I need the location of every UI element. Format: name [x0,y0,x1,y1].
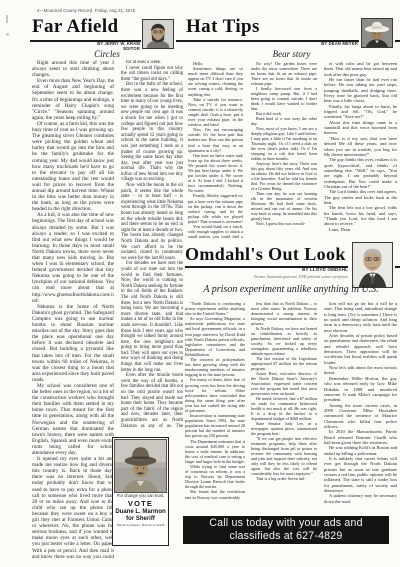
omdahl-mugshot-photo [352,242,393,288]
hat-tips-column-3: er with cubs and he got between them. Th… [324,61,397,242]
omdahl-column-1: "North Dakota is conducting a prison exp… [185,301,245,512]
far-afield-subhead: Circles [32,49,182,59]
press-margin-mark [6,33,9,36]
editor-mugshot-photo [142,19,174,49]
sheriff-candidate-photo [114,439,167,493]
classifieds-phone-ad: Call us today with your ads and classifi… [183,516,389,544]
classifieds-ad-line2: classifieds at 627-4829 [230,530,343,542]
omdahl-column-3: lion will not go far but it will be a st… [324,301,397,512]
far-afield-title: Far Afield [32,17,119,37]
classifieds-ad-line1: Call us today with your ads and [209,517,362,529]
omdahl-title: Omdahl's Out Look [185,245,346,264]
omdahl-byline-name: BY LLOYD OMDAHL [302,267,348,272]
omdahl-subhead: A prison experiment unlike anything in U… [185,284,397,295]
hat-tips-byline: BY DEAN MEYER [278,42,358,47]
omdahl-portrait-art [353,243,392,287]
vote-ad-office: for Sheriff [113,516,168,523]
omdahl-byline: BY LLOYD OMDAHL [248,268,348,273]
columnist-portrait-art [362,19,392,47]
hat-tips-subhead: Bear story [186,49,397,59]
omdahl-column-2: less than that in North Dakota – or most… [251,301,317,512]
press-margin-mark [6,15,8,23]
sheriff-campaign-ad: For change you can trust, VOTE Duane L. … [112,437,169,546]
hat-tips-headline-rule-dash [395,40,400,42]
vote-ad-candidate-name: Duane L. Marmon [113,508,168,516]
sheriff-candidate-art [115,440,166,492]
hat-tips-column-1: Hello,Sometimes things are so much more … [188,61,243,240]
newspaper-page: 4—Mountrail County Record, Friday, Aug 2… [0,0,400,567]
vote-ad-disclaimer: Paid for by Duane L. Marmon for Sheriff [113,523,168,528]
classifieds-phone-ad-text: Call us today with your ads and classifi… [209,517,362,542]
far-afield-column-2: for at least a week.I never could figure… [121,60,183,428]
columnist-mugshot-photo [361,18,393,48]
vote-ad-vote-word: VOTE [113,499,168,508]
omdahl-byline-sub: Former lieutenant governor, UND politica… [168,275,348,279]
hat-tips-column-2: No way! The garden hoses were under the … [251,61,317,242]
far-afield-column-1: Right around this time of year I always … [32,60,114,560]
page-folio: 4—Mountrail County Record, Friday, Aug 2… [37,8,135,13]
far-afield-headline-rule-dash [176,40,186,42]
hat-tips-byline-name: BY DEAN MEYER [321,41,358,46]
editor-portrait-art [143,20,173,48]
hat-tips-title: Hat Tips [186,17,260,37]
omdahl-headline-rule-dash [395,266,400,268]
